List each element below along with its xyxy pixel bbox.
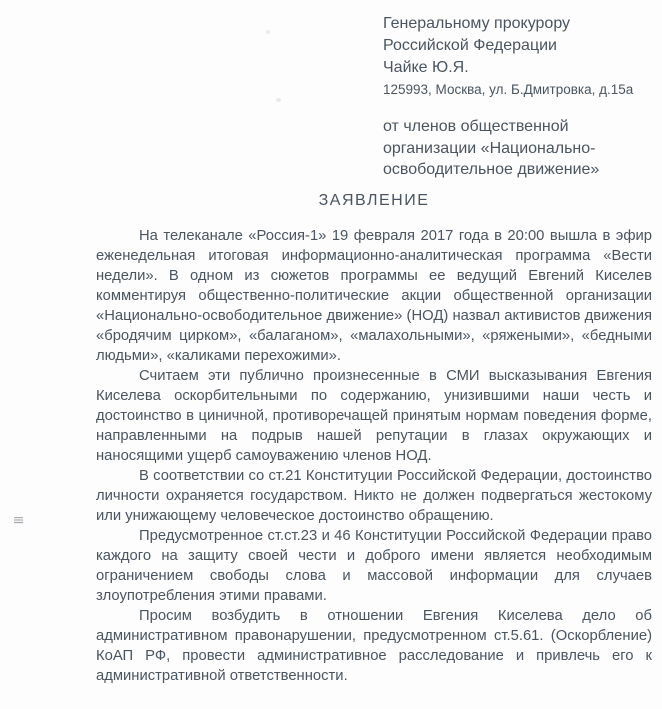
addressee-line: Генеральному прокурору <box>383 13 655 35</box>
document-title: ЗАЯВЛЕНИЕ <box>97 192 651 210</box>
addressee-postal-address: 125993, Москва, ул. Б.Дмитровка, д.15а <box>383 79 655 101</box>
sender-line: освободительное движение» <box>383 159 655 181</box>
paragraph-broadcast-description: На телеканале «Россия-1» 19 февраля 2017… <box>96 226 652 366</box>
paragraph-constitution-art21: В соответствии со ст.21 Конституции Росс… <box>96 466 652 526</box>
addressee-line: Российской Федерации <box>383 35 655 57</box>
addressee-line: Чайке Ю.Я. <box>383 57 655 79</box>
scan-smudge-artifact <box>14 517 23 524</box>
document-body: На телеканале «Россия-1» 19 февраля 2017… <box>96 226 652 686</box>
paragraph-constitution-art23-46: Предусмотренное ст.ст.23 и 46 Конституци… <box>96 526 652 606</box>
addressee-block: Генеральному прокурору Российской Федера… <box>383 13 655 101</box>
sender-line: от членов общественной <box>383 116 655 138</box>
scan-speck-artifact <box>276 98 281 102</box>
paragraph-insult-claim: Считаем эти публично произнесенные в СМИ… <box>96 366 652 466</box>
scan-speck-artifact <box>266 30 270 34</box>
sender-line: организации «Национально- <box>383 138 655 160</box>
scanned-statement-page: Генеральному прокурору Российской Федера… <box>0 0 662 709</box>
paragraph-request: Просим возбудить в отношении Евгения Кис… <box>96 606 652 686</box>
sender-block: от членов общественной организации «Наци… <box>383 116 655 181</box>
